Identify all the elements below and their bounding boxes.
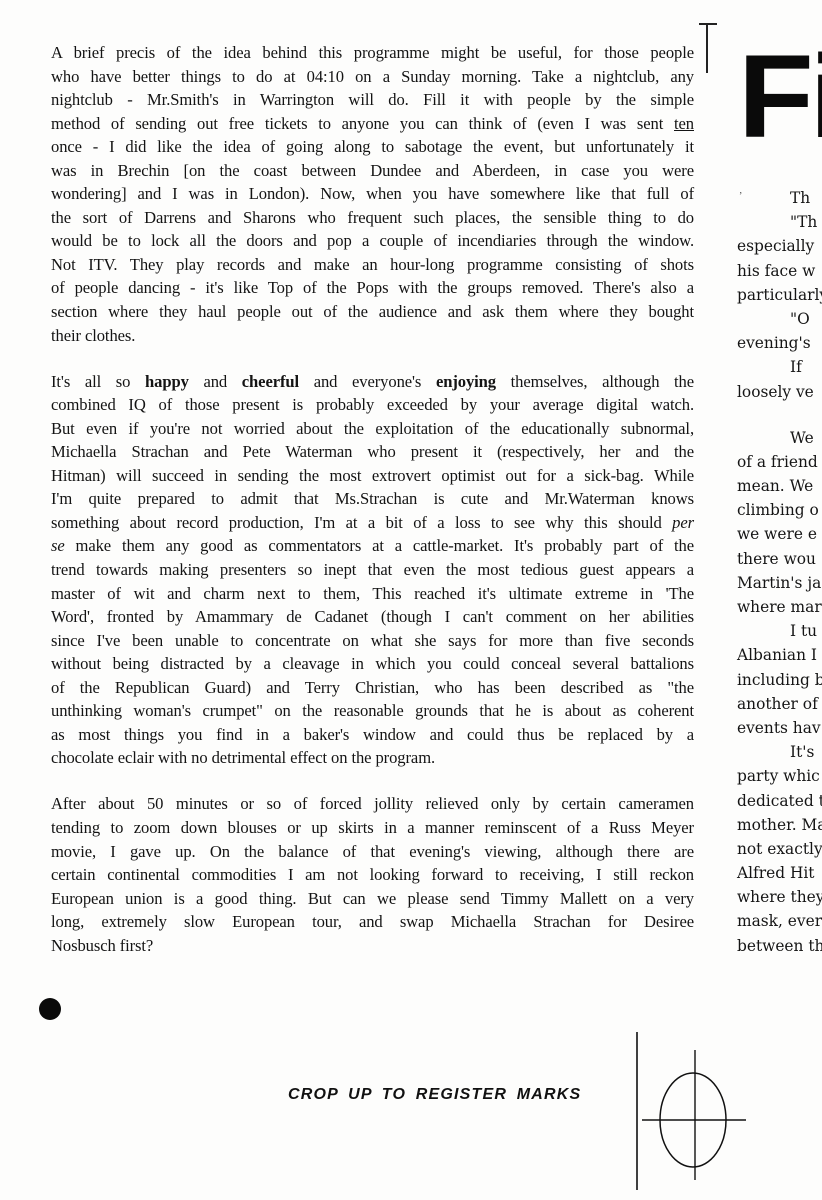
text-line: se make them any good as commentators at… <box>51 534 694 558</box>
text-line: dedicated t <box>737 789 822 813</box>
text-line: their clothes. <box>51 324 694 348</box>
text-line: who have better things to do at 04:10 on… <box>51 65 694 89</box>
text-line: of people dancing - it's like Top of the… <box>51 276 694 300</box>
registration-mark-icon <box>630 1030 750 1200</box>
text-line: not exactly <box>737 837 822 861</box>
text-line: It's <box>737 740 822 764</box>
text-fragment: make them any good as commentators at a … <box>65 536 694 555</box>
paragraph-2: It's all so happy and cheerful and every… <box>51 370 694 770</box>
text-line: "O <box>737 307 822 331</box>
bold-word-happy: happy <box>145 372 189 391</box>
text-line: there wou <box>737 547 822 571</box>
text-line: Word', fronted by Amammary de Cadanet (t… <box>51 605 694 629</box>
text-line: A brief precis of the idea behind this p… <box>51 41 694 65</box>
article-right-column: Th "Th especially his face w particularl… <box>737 186 822 958</box>
text-line: I tu <box>737 619 822 643</box>
article-left-column: A brief precis of the idea behind this p… <box>51 14 694 980</box>
text-line: since I've been unable to concentrate on… <box>51 629 694 653</box>
text-line: combined IQ of those present is probably… <box>51 393 694 417</box>
text-line: long, extremely slow European tour, and … <box>51 910 694 934</box>
end-bullet-icon <box>39 998 61 1020</box>
text-line: mean. We <box>737 474 822 498</box>
text-line: between th <box>737 934 822 958</box>
text-line: as most things you find in a baker's win… <box>51 723 694 747</box>
italic-word-per: per <box>672 513 694 532</box>
text-fragment: and everyone's <box>299 372 436 391</box>
text-line: certain continental commodities I am not… <box>51 863 694 887</box>
text-line: of the Republican Guard) and Terry Chris… <box>51 676 694 700</box>
text-line: something about record production, I'm a… <box>51 511 694 535</box>
text-line: evening's <box>737 331 822 355</box>
underlined-word: ten <box>674 114 694 133</box>
text-line: Alfred Hit <box>737 861 822 885</box>
text-line: events hav <box>737 716 822 740</box>
text-line: If <box>737 355 822 379</box>
crop-mark-vertical <box>706 23 708 73</box>
text-line: party whic <box>737 764 822 788</box>
text-line: another of <box>737 692 822 716</box>
text-line: method of sending out free tickets to an… <box>51 112 694 136</box>
text-line: of a friend <box>737 450 822 474</box>
headline-fragment: Fi <box>738 38 822 156</box>
text-line: mask, ever <box>737 909 822 933</box>
paragraph-3: After about 50 minutes or so of forced j… <box>51 792 694 957</box>
paragraph-gap <box>737 404 822 426</box>
bold-word-enjoying: enjoying <box>436 372 496 391</box>
text-line: Albanian I <box>737 643 822 667</box>
text-fragment: method of sending out free tickets to an… <box>51 114 674 133</box>
text-line: once - I did like the idea of going alon… <box>51 135 694 159</box>
text-line: Michaella Strachan and Pete Waterman who… <box>51 440 694 464</box>
text-line: wondering] and I was in London). Now, wh… <box>51 182 694 206</box>
text-line: chocolate eclair with no detrimental eff… <box>51 746 694 770</box>
text-line: European union is a good thing. But can … <box>51 887 694 911</box>
text-line: tending to zoom down blouses or up skirt… <box>51 816 694 840</box>
bold-word-cheerful: cheerful <box>242 372 299 391</box>
text-line: climbing o <box>737 498 822 522</box>
text-line: But even if you're not worried about the… <box>51 417 694 441</box>
text-line: movie, I gave up. On the balance of that… <box>51 840 694 864</box>
text-line: where mar <box>737 595 822 619</box>
text-line: his face w <box>737 259 822 283</box>
text-fragment: and <box>189 372 242 391</box>
italic-word-se: se <box>51 536 65 555</box>
text-line: section where they haul people out of th… <box>51 300 694 324</box>
text-line: Hitman) will succeed in sending the most… <box>51 464 694 488</box>
text-line: particularly <box>737 283 822 307</box>
text-line: Nosbusch first? <box>51 934 694 958</box>
text-line: the sort of Darrens and Sharons who freq… <box>51 206 694 230</box>
text-line: master of wit and charm next to them, Th… <box>51 582 694 606</box>
text-line: especially <box>737 234 822 258</box>
text-line: nightclub - Mr.Smith's in Warrington wil… <box>51 88 694 112</box>
text-line: without being distracted by a cleavage i… <box>51 652 694 676</box>
text-line: Th <box>737 186 822 210</box>
text-line: Not ITV. They play records and make an h… <box>51 253 694 277</box>
paragraph-1: A brief precis of the idea behind this p… <box>51 41 694 347</box>
text-line: where they <box>737 885 822 909</box>
text-line: was in Brechin [on the coast between Dun… <box>51 159 694 183</box>
text-line: we were e <box>737 522 822 546</box>
text-fragment: something about record production, I'm a… <box>51 513 672 532</box>
text-line: I'm quite prepared to admit that Ms.Stra… <box>51 487 694 511</box>
text-line: unthinking woman's crumpet" on the reaso… <box>51 699 694 723</box>
text-fragment: It's all so <box>51 372 145 391</box>
text-line: After about 50 minutes or so of forced j… <box>51 792 694 816</box>
text-line: Martin's ja <box>737 571 822 595</box>
text-line: It's all so happy and cheerful and every… <box>51 370 694 394</box>
text-line: including b <box>737 668 822 692</box>
text-line: "Th <box>737 210 822 234</box>
text-line: trend towards making presenters so inept… <box>51 558 694 582</box>
crop-mark-horizontal <box>699 23 717 25</box>
text-fragment: themselves, although the <box>496 372 694 391</box>
text-line: We <box>737 426 822 450</box>
text-line: mother. Ma <box>737 813 822 837</box>
crop-instruction-label: CROP UP TO REGISTER MARKS <box>288 1086 581 1104</box>
text-line: loosely ve <box>737 380 822 404</box>
text-line: would be to lock all the doors and pop a… <box>51 229 694 253</box>
